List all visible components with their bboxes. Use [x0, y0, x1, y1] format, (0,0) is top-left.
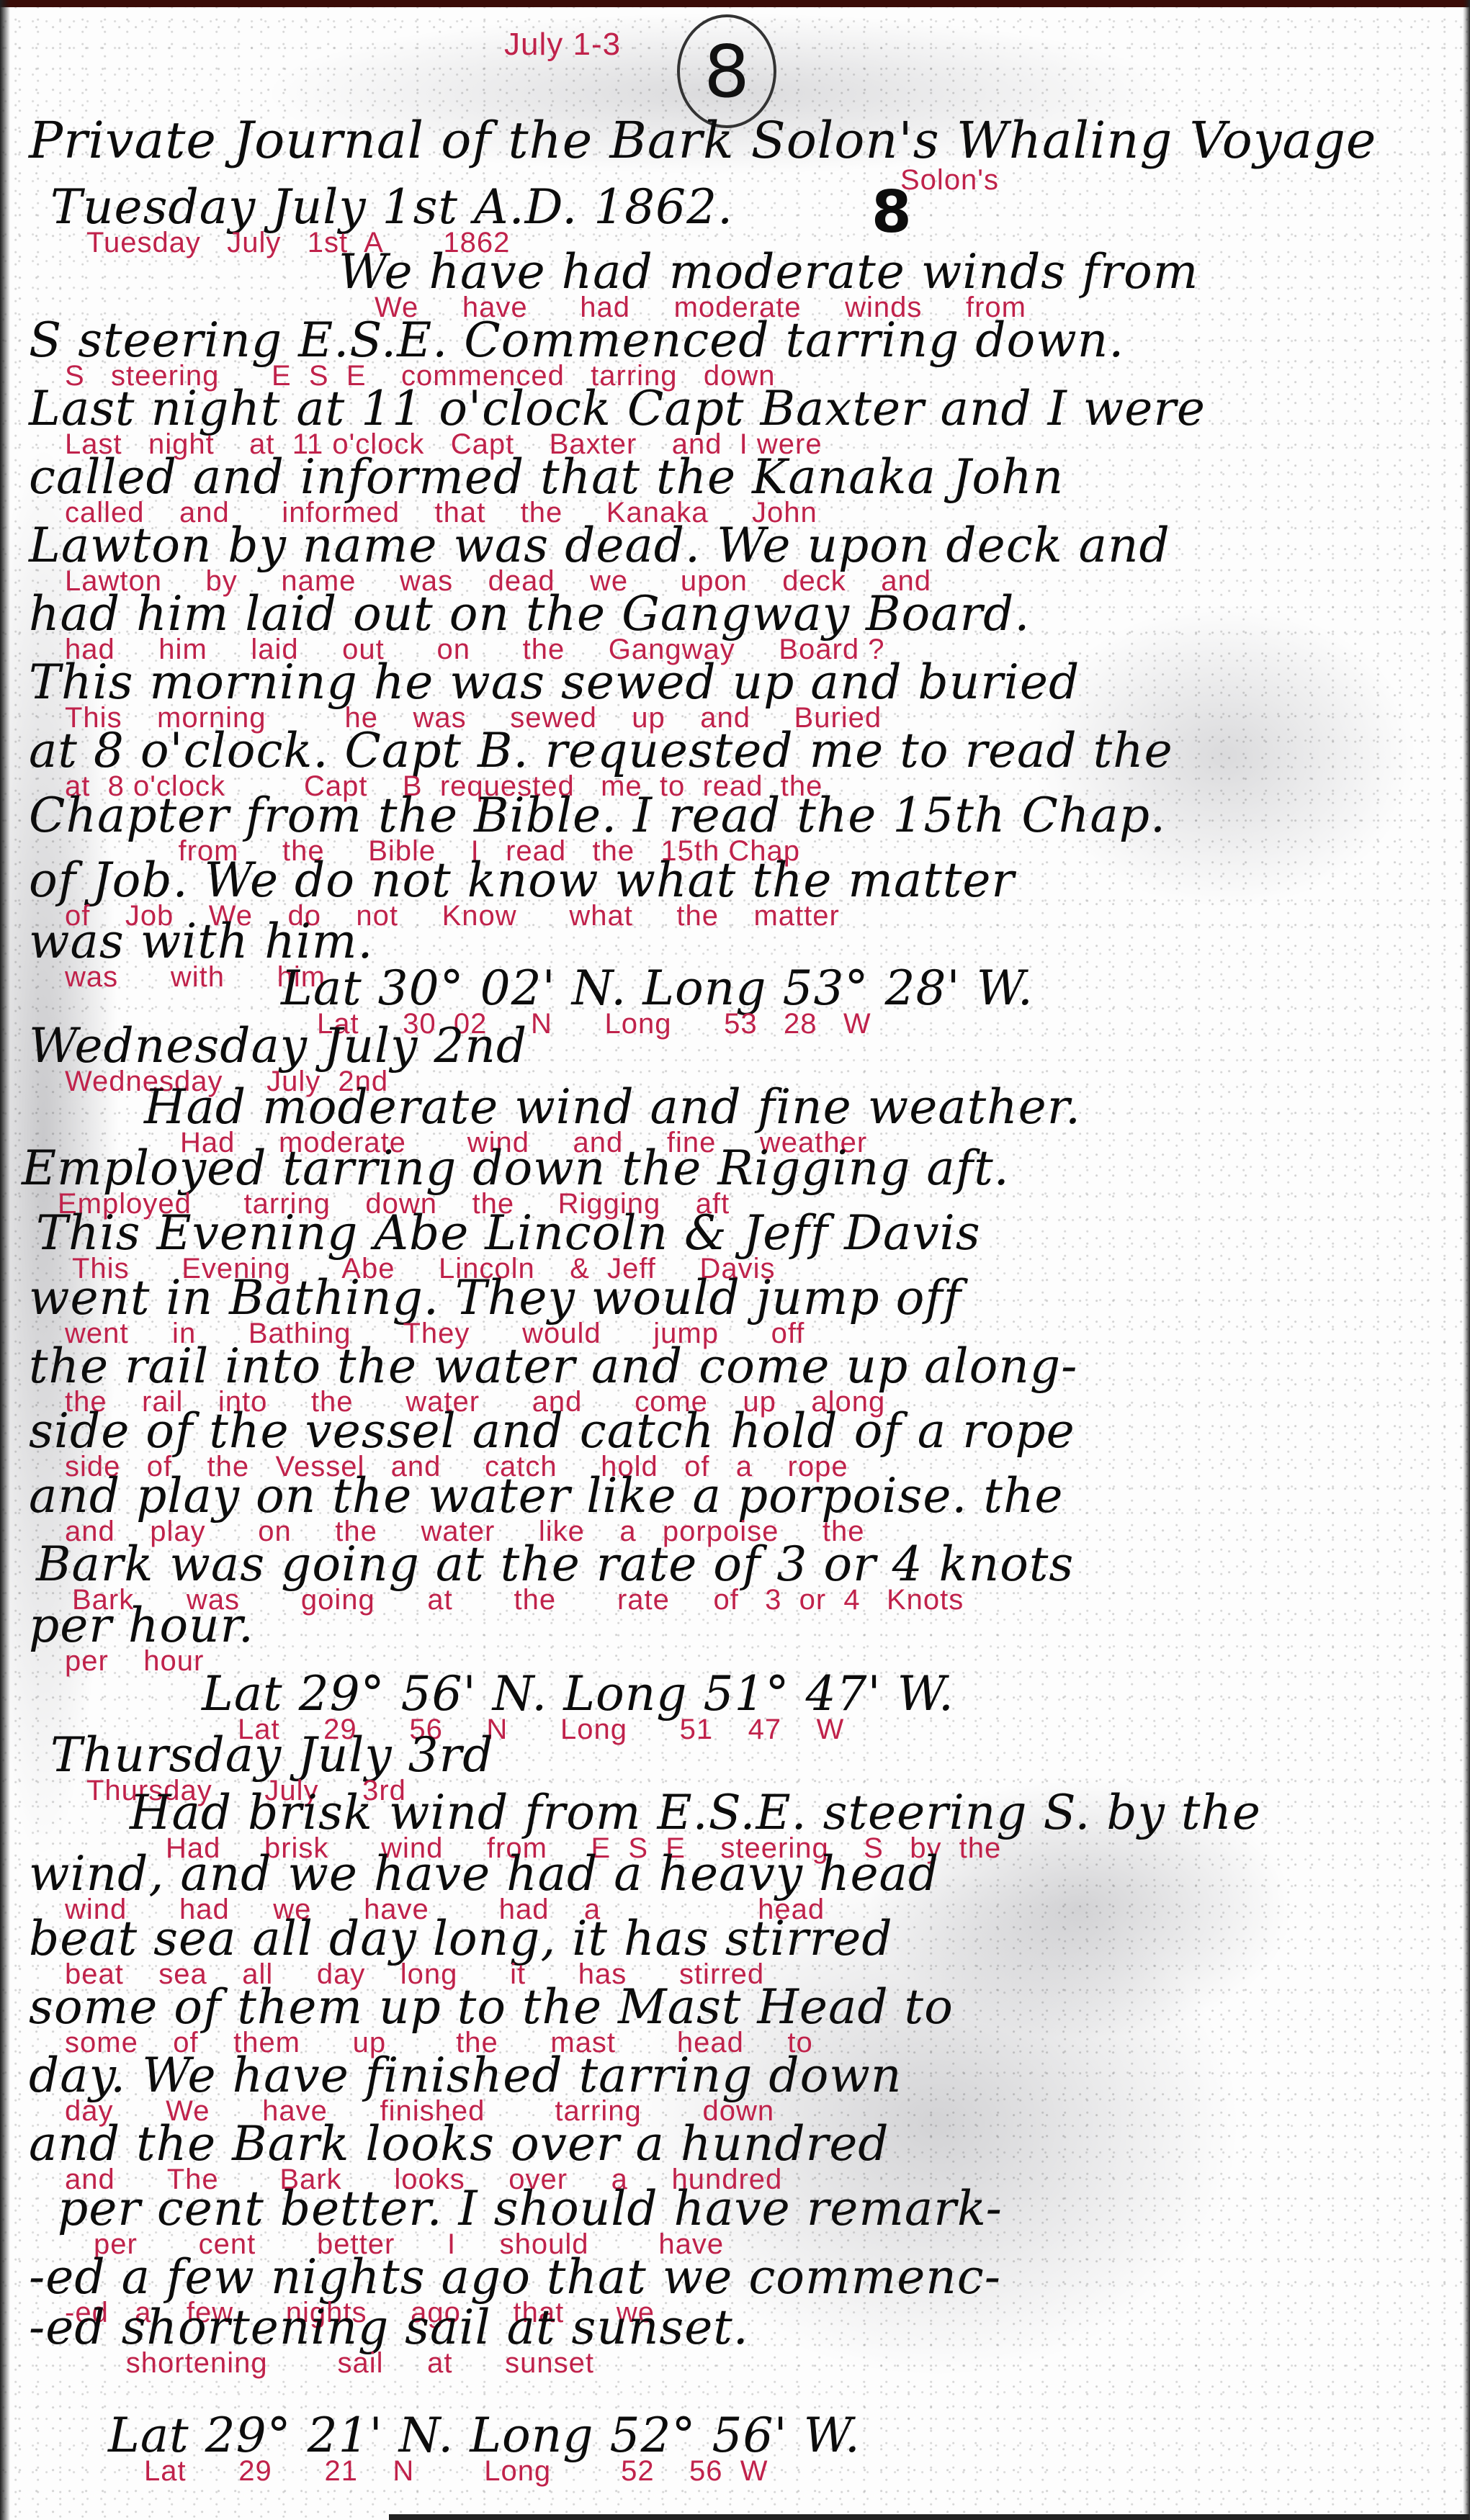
- handwritten-line: called and informed that the Kanaka John: [29, 454, 1064, 501]
- handwritten-line: went in Bathing. They would jump off: [29, 1274, 962, 1322]
- handwritten-line: S steering E.S.E. Commenced tarring down…: [29, 317, 1124, 364]
- handwritten-line: Last night at 11 o'clock Capt Baxter and…: [29, 385, 1206, 433]
- handwritten-line: some of them up to the Mast Head to: [29, 1984, 954, 2031]
- handwritten-line: beat sea all day long, it has stirred: [29, 1915, 893, 1963]
- page-bottom-edge: [389, 2514, 1469, 2520]
- handwritten-line: per hour.: [29, 1602, 254, 1650]
- margin-mark: 8: [871, 184, 913, 241]
- handwritten-line: Lat 30° 02' N. Long 53° 28' W.: [281, 965, 1034, 1012]
- handwritten-line: was with him.: [29, 918, 373, 966]
- handwritten-line: Chapter from the Bible. I read the 15th …: [29, 792, 1166, 840]
- handwritten-line: of Job. We do not know what the matter: [29, 857, 1015, 904]
- handwritten-line: at 8 o'clock. Capt B. requested me to re…: [29, 727, 1173, 775]
- handwritten-line: Lawton by name was dead. We upon deck an…: [29, 522, 1170, 570]
- handwritten-line: Tuesday July 1st A.D. 1862.: [50, 184, 733, 231]
- handwritten-line: -ed a few nights ago that we commenc-: [29, 2254, 1001, 2301]
- transcription-annotation: per hour: [65, 1647, 204, 1675]
- transcription-annotation: shortening sail at sunset: [65, 2349, 594, 2377]
- handwritten-line: -ed shortening sail at sunset.: [29, 2304, 749, 2352]
- journal-title: Private Journal of the Bark Solon's Whal…: [29, 115, 1376, 166]
- handwritten-line: Bark was going at the rate of 3 or 4 kno…: [36, 1541, 1074, 1588]
- handwritten-line: Employed tarring down the Rigging aft.: [22, 1145, 1010, 1192]
- handwritten-line: had him laid out on the Gangway Board.: [29, 590, 1030, 638]
- page-right-edge: [1463, 0, 1470, 2520]
- handwritten-line: Lat 29° 56' N. Long 51° 47' W.: [202, 1670, 954, 1718]
- handwritten-line: day. We have finished tarring down: [29, 2052, 902, 2100]
- handwritten-line: Had brisk wind from E.S.E. steering S. b…: [130, 1789, 1261, 1837]
- journal-page: July 1-3 8 Private Journal of the Bark S…: [0, 0, 1470, 2520]
- handwritten-line: per cent better. I should have remark-: [58, 2185, 1003, 2233]
- handwritten-line: and the Bark looks over a hundred: [29, 2120, 889, 2168]
- handwritten-line: Wednesday July 2nd: [29, 1022, 527, 1070]
- handwritten-line: side of the vessel and catch hold of a r…: [29, 1408, 1075, 1455]
- page-left-edge: [0, 0, 10, 2520]
- handwritten-line: wind, and we have had a heavy head: [29, 1850, 939, 1898]
- handwritten-line: and play on the water like a porpoise. t…: [29, 1472, 1063, 1520]
- handwritten-line: This Evening Abe Lincoln & Jeff Davis: [36, 1210, 981, 1257]
- transcription-annotation: Lat 29 21 N Long 52 56 W: [144, 2457, 768, 2485]
- handwritten-line: Thursday July 3rd: [50, 1732, 493, 1779]
- handwritten-line: Had moderate wind and fine weather.: [144, 1084, 1081, 1131]
- page-top-edge: [0, 0, 1470, 7]
- handwritten-line: We have had moderate winds from: [339, 248, 1198, 296]
- handwritten-line: Lat 29° 21' N. Long 52° 56' W.: [108, 2412, 861, 2460]
- handwritten-line: the rail into the water and come up alon…: [29, 1343, 1077, 1390]
- handwritten-line: This morning he was sewed up and buried: [29, 659, 1080, 706]
- title-annotation: Solon's: [900, 166, 999, 194]
- header-date-annotation: July 1-3: [504, 29, 621, 60]
